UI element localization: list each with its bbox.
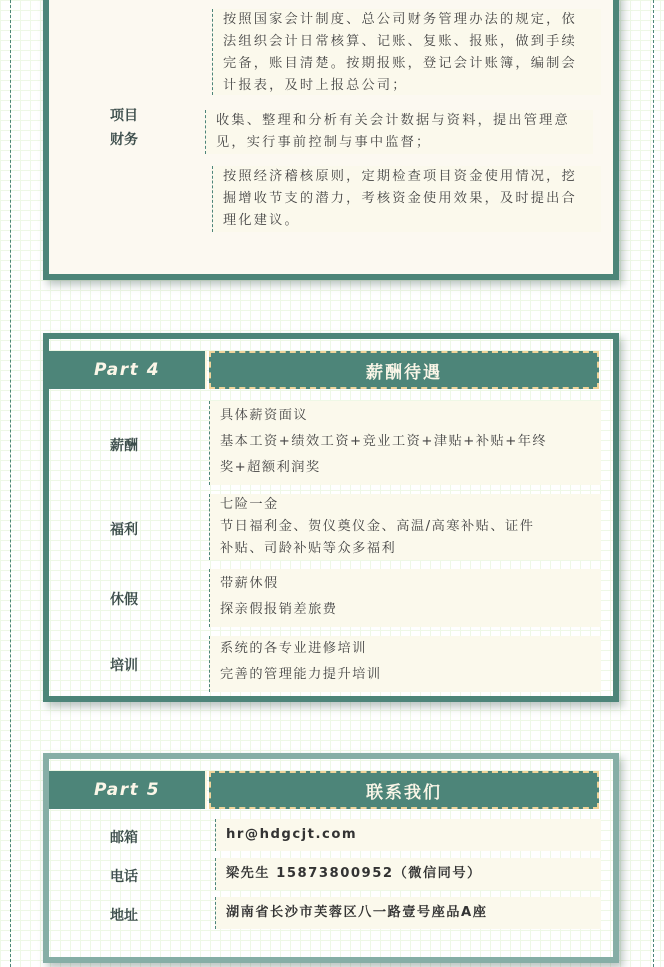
row-label-vacation: 休假 xyxy=(49,589,199,609)
section-title: 薪酬待遇 xyxy=(209,351,599,389)
text-line: 七险一金 xyxy=(220,494,591,516)
address-text: 湖南省长沙市芙蓉区八一路壹号座品A座 xyxy=(226,900,591,926)
text-line: 计报表，及时上报总公司； xyxy=(223,75,591,97)
text-line: 带薪休假 xyxy=(220,571,591,597)
text-line: 节日福利金、贺仪奠仪金、高温/高寒补贴、证件 xyxy=(220,516,591,538)
project-finance-label: 项目 财务 xyxy=(49,104,199,152)
row-label-benefits: 福利 xyxy=(49,519,199,539)
row-content-benefits: 七险一金 节日福利金、贺仪奠仪金、高温/高寒补贴、证件 补贴、司龄补贴等众多福利 xyxy=(209,494,601,560)
section-header: Part 5 联系我们 xyxy=(49,771,599,809)
left-dashed-guide xyxy=(10,0,11,967)
text-line: 完备，账目清楚。按期报账，登记会计账簿，编制会 xyxy=(223,53,591,75)
row-content-training: 系统的各专业进修培训 完善的管理能力提升培训 xyxy=(209,636,601,692)
part-number: Part 5 xyxy=(49,771,207,809)
duty-item: 按照国家会计制度、总公司财务管理办法的规定，依 法组织会计日常核算、记账、复账、… xyxy=(212,9,601,95)
text-line: 法组织会计日常核算、记账、复账、报账，做到手续 xyxy=(223,31,591,53)
phone-number[interactable]: 梁先生 15873800952（微信同号） xyxy=(226,861,591,887)
text-line: 基本工资+绩效工资+竞业工资+津贴+补贴+年终 xyxy=(220,429,591,455)
section-title: 联系我们 xyxy=(209,771,599,809)
right-dashed-guide xyxy=(653,0,654,967)
text-line: 掘增收节支的潜力，考核资金使用效果，及时提出合 xyxy=(223,188,591,210)
text-line: 补贴、司龄补贴等众多福利 xyxy=(220,538,591,560)
row-label-phone: 电话 xyxy=(49,866,199,886)
section-contact-card: Part 5 联系我们 邮箱 hr@hdgcjt.com 电话 梁先生 1587… xyxy=(43,753,619,963)
text-line: 具体薪资面议 xyxy=(220,403,591,429)
section-header: Part 4 薪酬待遇 xyxy=(49,351,599,389)
text-line: 按照经济稽核原则，定期检查项目资金使用情况，挖 xyxy=(223,166,591,188)
section-project-finance-card: 项目 财务 按照国家会计制度、总公司财务管理办法的规定，依 法组织会计日常核算、… xyxy=(43,0,619,280)
row-content-vacation: 带薪休假 探亲假报销差旅费 xyxy=(209,569,601,627)
text-line: 收集、整理和分析有关会计数据与资料，提出管理意 xyxy=(216,110,583,132)
contact-phone[interactable]: 梁先生 15873800952（微信同号） xyxy=(215,858,601,890)
text-line: 奖+超额利润奖 xyxy=(220,455,591,481)
contact-email[interactable]: hr@hdgcjt.com xyxy=(215,819,601,851)
row-label-training: 培训 xyxy=(49,655,199,675)
row-content-salary: 具体薪资面议 基本工资+绩效工资+竞业工资+津贴+补贴+年终 奖+超额利润奖 xyxy=(209,401,601,485)
section-salary-card: Part 4 薪酬待遇 薪酬 具体薪资面议 基本工资+绩效工资+竞业工资+津贴+… xyxy=(43,333,619,702)
text-line: 见，实行事前控制与事中监督； xyxy=(216,132,583,154)
text-line: 理化建议。 xyxy=(223,210,591,232)
text-line: 按照国家会计制度、总公司财务管理办法的规定，依 xyxy=(223,9,591,31)
text-line: 完善的管理能力提升培训 xyxy=(220,662,591,688)
row-label-salary: 薪酬 xyxy=(49,435,199,455)
text-line: 系统的各专业进修培训 xyxy=(220,636,591,662)
contact-address: 湖南省长沙市芙蓉区八一路壹号座品A座 xyxy=(215,897,601,929)
row-label-address: 地址 xyxy=(49,905,199,925)
duty-item: 按照经济稽核原则，定期检查项目资金使用情况，挖 掘增收节支的潜力，考核资金使用效… xyxy=(212,166,601,232)
label-line: 项目 xyxy=(49,104,199,128)
text-line: 探亲假报销差旅费 xyxy=(220,597,591,623)
row-label-email: 邮箱 xyxy=(49,827,199,847)
email-link[interactable]: hr@hdgcjt.com xyxy=(226,822,591,848)
label-line: 财务 xyxy=(49,128,199,152)
duty-item: 收集、整理和分析有关会计数据与资料，提出管理意 见，实行事前控制与事中监督； xyxy=(205,110,593,154)
part-number: Part 4 xyxy=(49,351,207,389)
